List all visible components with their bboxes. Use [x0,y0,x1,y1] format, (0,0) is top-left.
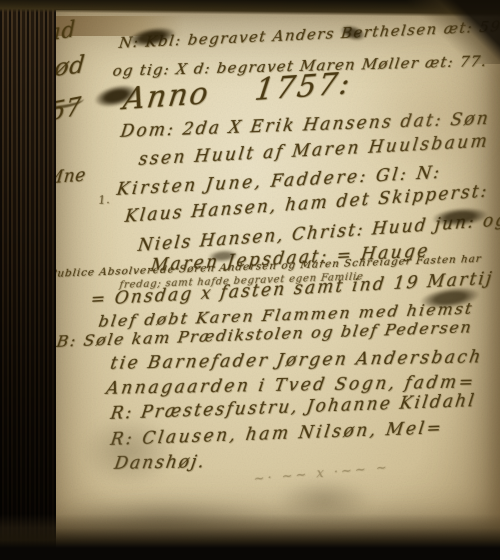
book-binding [0,0,56,560]
photo-corner-shadow [390,0,500,64]
page-stain [80,415,176,487]
page-stain [354,50,500,180]
margin-note-tick: 1. [98,193,111,207]
photo-bottom-edge [0,514,500,560]
manuscript-page: Dad Død 1757 veMne 1. Anno 1757: N: Kbl:… [44,10,500,548]
manuscript-photo: Dad Død 1757 veMne 1. Anno 1757: N: Kbl:… [0,0,500,560]
handwritten-line: tie Barnefader Jørgen Andersbach [109,348,484,375]
